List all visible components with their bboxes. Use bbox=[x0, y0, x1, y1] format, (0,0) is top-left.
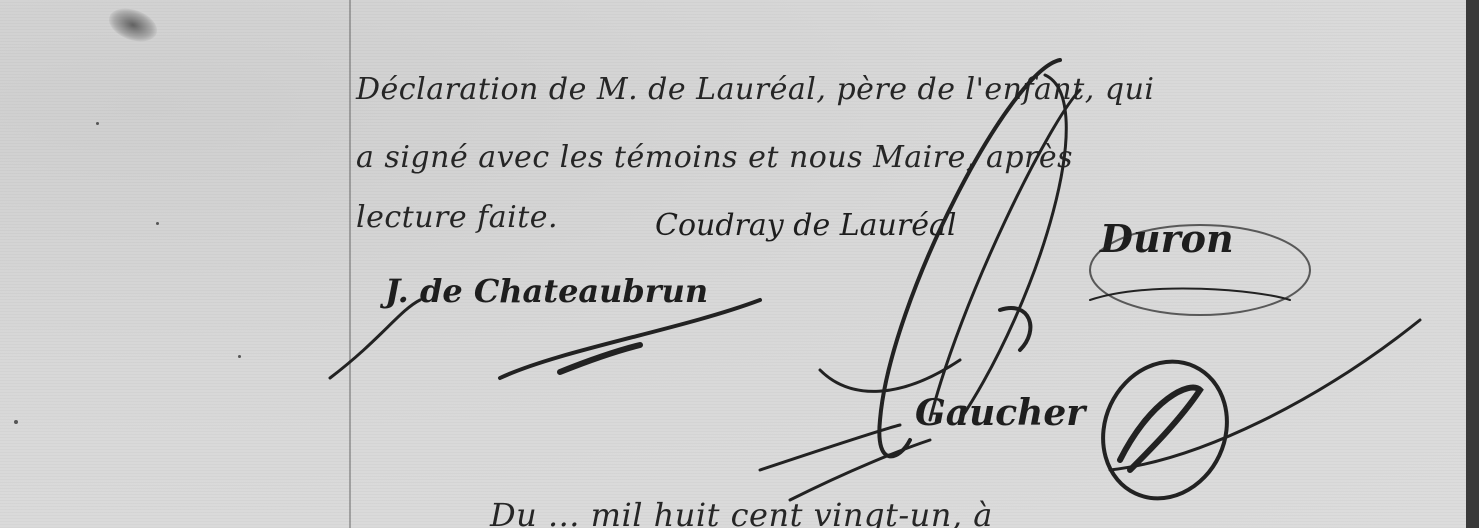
scanned-document-page: Déclaration de M. de Lauréal, père de l'… bbox=[0, 0, 1466, 528]
signature-flourishes bbox=[0, 0, 1466, 528]
scan-edge bbox=[1466, 0, 1479, 528]
